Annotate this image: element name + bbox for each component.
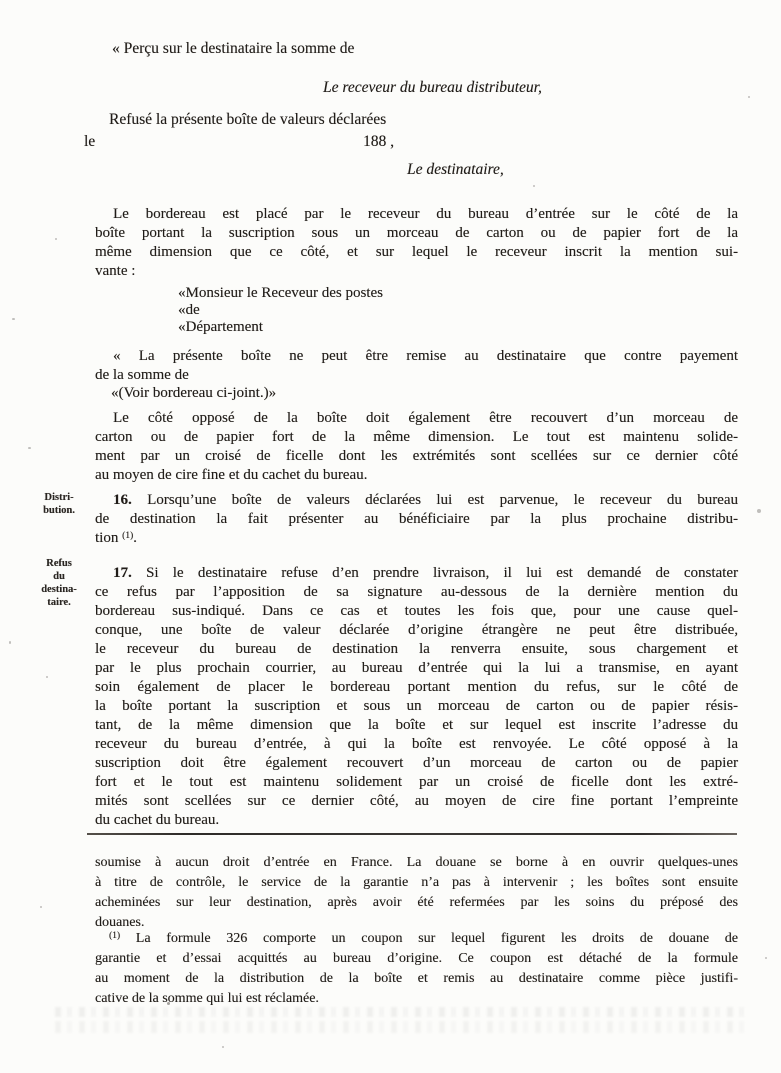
margin-note-line: taire. [26,596,92,609]
paragraph-lines: soumise à aucun droit d’entrée en France… [95,853,738,913]
paragraph-lines: ce refus par l’apposition de sa signatur… [95,583,738,811]
margin-note-line: destina- [26,583,92,596]
text-line: à titre de contrôle, le service de la ga… [95,873,738,893]
text-line: cative de la somme qui lui est réclamée. [95,989,738,1009]
text-line: tant, de la même dimension que la boîte … [95,716,738,735]
text-line: «Département [178,319,383,336]
scan-speck [9,641,11,644]
scan-speck [167,1002,170,1005]
bleedthrough-ghost-text [55,1021,745,1033]
scan-speck [55,238,57,240]
text-line: boîte portant la suscription sous un mor… [95,224,738,243]
text-line: même dimension que ce côté, et sur leque… [95,243,738,262]
text-line: mités sont scellées sur ce dernier côté,… [95,792,738,811]
text-line: bordereau sus-indiqué. Dans ce cas et to… [95,602,738,621]
text-line: au moment de la distribution de la boîte… [95,969,738,989]
scanned-page: « Perçu sur le destinataire la somme de … [0,0,781,1073]
text-line: acheminées sur leur destination, après a… [95,893,738,913]
paragraph-lines: Le côté opposé de la boîte doit égalemen… [95,409,738,466]
form-line-receveur: Le receveur du bureau distributeur, [323,79,542,97]
text-line: soumise à aucun droit d’entrée en France… [95,853,738,873]
form-line-refuse: Refusé la présente boîte de valeurs décl… [109,111,386,129]
text-line: 17. Si le destinataire refuse d’en prend… [95,564,738,583]
scan-speck [757,509,761,513]
scan-speck [222,1046,224,1048]
text-line: conque, une boîte de valeur déclarée d’o… [95,621,738,640]
scan-speck [12,318,15,320]
paragraph-presente: « La présente boîte ne peut être remise … [95,347,738,385]
text-line: 16. Lorsqu’une boîte de valeurs déclarée… [95,491,738,510]
text-line: de la somme de [95,366,738,385]
scan-speck [533,185,535,187]
text-line: Le bordereau est placé par le receveur d… [95,205,738,224]
text-line: (1) La formule 326 comporte un coupon su… [95,929,738,949]
text-line: ment par un croisé de ficelle dont les e… [95,447,738,466]
text-line: receveur du bureau d’entrée, à qui la bo… [95,735,738,754]
footnote-continuation: soumise à aucun droit d’entrée en France… [95,853,738,933]
footnote-separator-rule [87,833,737,835]
margin-note-distribution: Distri- bution. [26,491,92,517]
margin-note-line: Distri- [26,491,92,504]
text-line: le receveur du bureau de destination la … [95,640,738,659]
text-line: ce refus par l’apposition de sa signatur… [95,583,738,602]
block-mention: «Monsieur le Receveur des postes «de «Dé… [178,285,383,335]
footnote-reference: (1) [122,531,133,541]
article-number: 17. [113,565,132,581]
article-number: 16. [113,492,132,508]
text-line: «de [178,302,383,319]
form-line-188: 188 , [363,133,394,151]
text-line: vante : [95,262,738,281]
last-line-text: tion [95,530,122,546]
paragraph-lines: Le bordereau est placé par le receveur d… [95,205,738,262]
scan-speck [748,96,750,98]
form-line-destinataire: Le destinataire, [407,161,504,179]
article-first-line: Lorsqu’une boîte de valeurs déclarées lu… [132,492,738,508]
footnote-marker: (1) [109,931,120,941]
footnote-first-line: La formule 326 comporte un coupon sur le… [120,931,738,946]
text-line: «Monsieur le Receveur des postes [178,285,383,302]
paragraph-lines: garantie et d’essai acquittés au bureau … [95,949,738,989]
text-line: la boîte portant la suscription et sous … [95,697,738,716]
text-line: carton ou de papier fort de la même dime… [95,428,738,447]
text-line: fort et le tout est maintenu solidement … [95,773,738,792]
text-line: soin également de placer le bordereau po… [95,678,738,697]
text-line: « La présente boîte ne peut être remise … [95,347,738,366]
last-line-text: du cachet du bureau. [95,812,219,828]
form-line-le: le [84,133,95,151]
paragraph-lines: « La présente boîte ne peut être remise … [95,347,738,366]
last-line-period: . [133,530,137,546]
bleedthrough-ghost-text [55,1007,745,1017]
margin-note-line: Refus [26,557,92,570]
scan-speck [40,906,42,908]
paragraph-bordereau: Le bordereau est placé par le receveur d… [95,205,738,281]
margin-note-line: bution. [26,504,92,517]
margin-note-line: du [26,570,92,583]
text-line: suscription doit être également recouver… [95,754,738,773]
footnote-1: (1) La formule 326 comporte un coupon su… [95,929,738,1009]
margin-note-refus: Refus du destina- taire. [26,557,92,609]
form-line-percu: « Perçu sur le destinataire la somme de [112,40,354,58]
scan-speck [46,676,48,678]
scan-speck [28,447,31,449]
text-line: Le côté opposé de la boîte doit égalemen… [95,409,738,428]
text-line: du cachet du bureau. [95,811,738,830]
text-line: au moyen de cire fine et du cachet du bu… [95,466,738,485]
paragraph-article-16: 16. Lorsqu’une boîte de valeurs déclarée… [95,491,738,548]
article-first-line: Si le destinataire refuse d’en prendre l… [132,565,738,581]
scan-speck [765,957,767,959]
text-line: de destination la fait présenter au béné… [95,510,738,529]
text-line: par le plus prochain courrier, au bureau… [95,659,738,678]
text-line: tion (1). [95,529,738,548]
paragraph-lines: de destination la fait présenter au béné… [95,510,738,529]
line-voir-bordereau: «(Voir bordereau ci-joint.)» [111,385,276,402]
text-line: garantie et d’essai acquittés au bureau … [95,949,738,969]
paragraph-cote-oppose: Le côté opposé de la boîte doit égalemen… [95,409,738,485]
paragraph-article-17: 17. Si le destinataire refuse d’en prend… [95,564,738,830]
